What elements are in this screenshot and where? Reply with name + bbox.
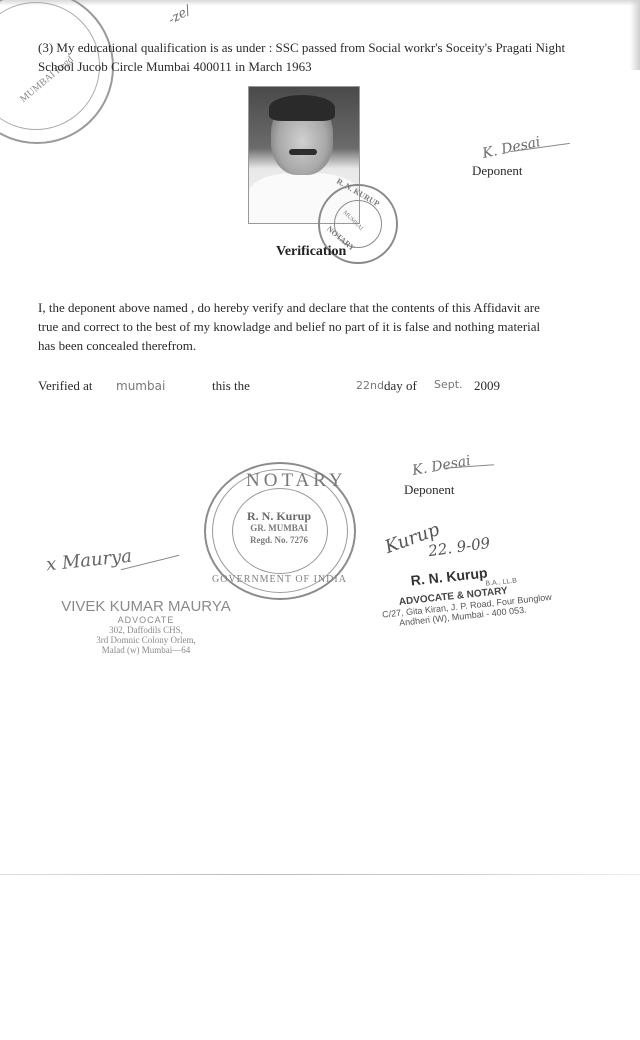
seal-reg: Regd. No. 7276 bbox=[230, 534, 328, 546]
advocate-address-2: 3rd Domnic Colony Orlem, bbox=[56, 635, 236, 645]
verified-month: Sept. bbox=[434, 375, 463, 394]
advocate-name: VIVEK KUMAR MAURYA bbox=[56, 598, 236, 615]
deponent-label-bottom: Deponent bbox=[404, 482, 455, 498]
advocate-address-3: Malad (w) Mumbai—64 bbox=[56, 645, 236, 655]
advocate-address-block: VIVEK KUMAR MAURYA ADVOCATE 302, Daffodi… bbox=[56, 598, 236, 655]
paragraph-number: (3) bbox=[38, 40, 53, 55]
verification-text: I, the deponent above named , do hereby … bbox=[38, 298, 558, 355]
advocate-signature: x Maurya bbox=[45, 546, 133, 576]
seal-bottom-arc: GOVERNMENT OF INDIA bbox=[212, 574, 347, 585]
verified-place: mumbai bbox=[116, 377, 165, 396]
margin-initials: -ze/ bbox=[166, 3, 194, 28]
notary-seal: NOTARY GOVERNMENT OF INDIA R. N. Kurup G… bbox=[204, 462, 356, 600]
deponent-label-top: Deponent bbox=[472, 163, 523, 179]
paragraph-3-text-1: My educational qualification is as under… bbox=[56, 40, 565, 55]
scan-edge-right bbox=[630, 0, 640, 70]
scan-edge-top bbox=[0, 0, 640, 6]
this-the-label: this the bbox=[212, 376, 250, 395]
seal-name: R. N. Kurup bbox=[230, 510, 328, 522]
verified-day: 22nd bbox=[356, 376, 384, 395]
verification-heading: Verification bbox=[276, 244, 346, 260]
seal-top-arc: NOTARY bbox=[246, 470, 347, 492]
advocate-title: ADVOCATE bbox=[56, 615, 236, 625]
paragraph-3: (3) My educational qualification is as u… bbox=[38, 38, 628, 76]
notary-address-block: R. N. Kurup B.A., LL.B ADVOCATE & NOTARY… bbox=[396, 549, 640, 628]
seal-center: R. N. Kurup GR. MUMBAI Regd. No. 7276 bbox=[230, 510, 328, 546]
verified-year: 2009 bbox=[474, 376, 500, 395]
advocate-address-1: 302, Daffodils CHS, bbox=[56, 625, 236, 635]
page-fold-line bbox=[0, 874, 640, 875]
paragraph-3-line-2: School Jucob Circle Mumbai 400011 in Mar… bbox=[38, 57, 628, 76]
verified-at-label: Verified at bbox=[38, 376, 93, 395]
seal-city: GR. MUMBAI bbox=[230, 522, 328, 534]
day-of-label: day of bbox=[384, 376, 417, 395]
paragraph-3-line-1: (3) My educational qualification is as u… bbox=[38, 38, 628, 57]
verified-line: Verified at mumbai this the 22nd day of … bbox=[38, 376, 558, 396]
